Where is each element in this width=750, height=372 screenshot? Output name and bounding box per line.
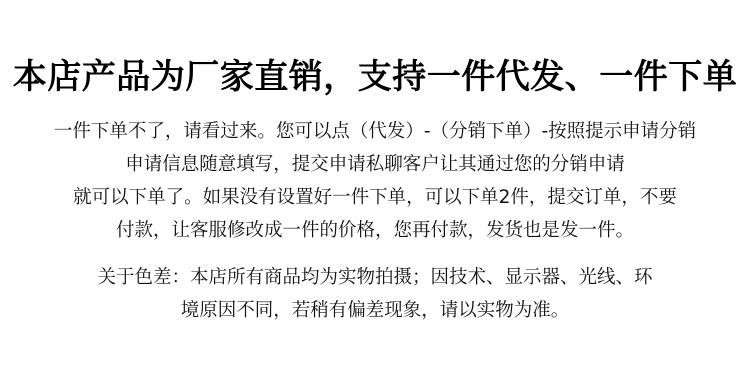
notice-line-1: 关于色差：本店所有商品均为实物拍摄；因技术、显示器、光线、环 [0, 261, 750, 294]
ordering-instructions: 一件下单不了，请看过来。您可以点（代发）-（分销下单）-按照提示申请分销 申请信… [0, 115, 750, 247]
color-difference-notice: 关于色差：本店所有商品均为实物拍摄；因技术、显示器、光线、环 境原因不同，若稍有… [0, 261, 750, 327]
instruction-line-2: 申请信息随意填写，提交申请私聊客户让其通过您的分销申请 [0, 148, 750, 181]
instruction-line-1: 一件下单不了，请看过来。您可以点（代发）-（分销下单）-按照提示申请分销 [0, 115, 750, 148]
notice-line-2: 境原因不同，若稍有偏差现象，请以实物为准。 [0, 294, 750, 327]
page-title: 本店产品为厂家直销，支持一件代发、一件下单 [0, 56, 750, 98]
instruction-line-4: 付款，让客服修改成一件的价格，您再付款，发货也是发一件。 [0, 214, 750, 247]
instruction-line-3: 就可以下单了。如果没有设置好一件下单，可以下单2件，提交订单，不要 [0, 181, 750, 214]
